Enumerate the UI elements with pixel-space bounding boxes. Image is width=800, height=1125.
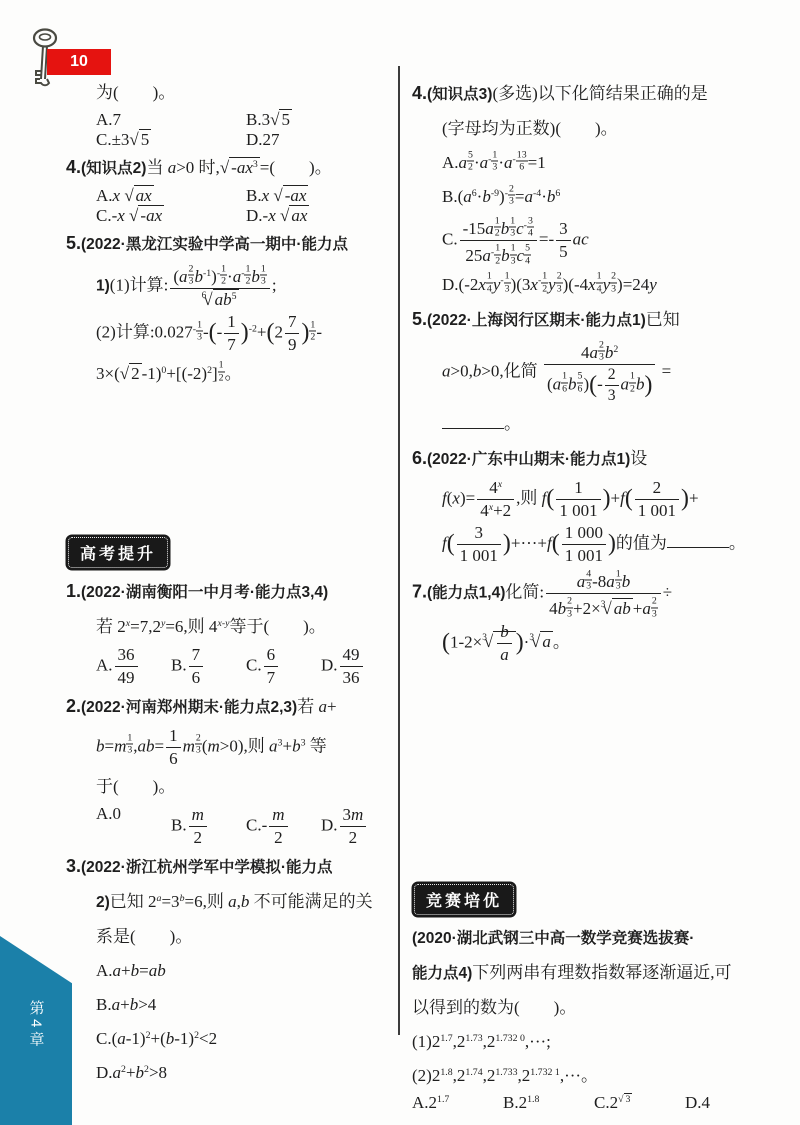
option-c: C.-15a12b13c-3425a-12b13c54=-35ac [442,214,776,268]
series-2: (2)21.8,21.74,21.733,21.732 1,···。 [412,1059,776,1093]
question-text: (字母均为正数)( )。 [442,112,776,146]
option-d: D.(-2x14y-13)(3x-12y23)(-4x14y23)=24y [442,268,776,302]
question-text: (1-2×3√ba)·3√a。 [442,621,776,666]
page-number-badge: 10 [47,49,111,75]
options-row: C.±3√5 D.27 [96,130,396,150]
question-text: 1.(2022·湖南衡阳一中月考·能力点3,4) [66,574,396,610]
option-a: A.21.7 [412,1093,503,1113]
question-5-left: 5.(2022·黑龙江实验中学高一期中·能力点 1)(1)计算:(a23b-1)… [66,226,396,391]
option-b: B.21.8 [503,1093,594,1113]
option-d: D.27 [246,130,396,150]
answer-blank: 。 [442,407,776,441]
question-text: 5.(2022·上海闵行区期末·能力点1)已知 [412,302,776,338]
option-d: D.3m2 [321,804,396,849]
option-c: C.-x √-ax [96,206,246,226]
options-row: A.x √ax B.x √-ax [96,186,396,206]
option-b: B.m2 [171,804,246,849]
page-number: 10 [70,53,88,71]
question-4-right: 4.(知识点3)(多选)以下化简结果正确的是 (字母均为正数)( )。 A.a5… [412,76,776,302]
section-badge-jingsai: 竞赛培优 [414,884,514,915]
question-text: 1)(1)计算:(a23b-1)-12·a-12b136√ab5; [96,262,396,311]
question-6-right: 6.(2022·广东中山期末·能力点1)设 f(x)=4x4x+2,则 f(11… [412,441,776,567]
question-text: 6.(2022·广东中山期末·能力点1)设 [412,441,776,477]
question-2-gaokao: 2.(2022·河南郑州期末·能力点2,3)若 a+ b=m13,ab=16m2… [66,689,396,849]
section-gaokao: 高考提升 [66,531,396,574]
question-text: f(x)=4x4x+2,则 f(11 001)+f(21 001)+ [442,477,776,522]
question-text: 2)已知 2a=3b=6,则 a,b 不可能满足的关 [96,885,396,920]
question-text: f(31 001)+···+f(1 0001 001)的值为。 [442,522,776,567]
right-column: 4.(知识点3)(多选)以下化简结果正确的是 (字母均为正数)( )。 A.a5… [412,76,776,1113]
question-text: (2020·湖北武钢三中高一数学竞赛选拔赛· [412,921,776,956]
option-b: B.76 [171,644,246,689]
question-text: b=m13,ab=16m23(m>0),则 a3+b3 等 [96,725,396,770]
question-competition: (2020·湖北武钢三中高一数学竞赛选拔赛· 能力点4)下列两串有理数指数幂逐渐… [412,921,776,1113]
question-continuation: 为( )。 A.7 B.3√5 C.±3√5 D.27 [66,76,396,150]
option-a: A.7 [96,110,246,130]
options-row: A.7 B.3√5 [96,110,396,130]
question-7-right: 7.(能力点1,4)化简:a43-8a13b4b23+2×3√ab+a23÷ (… [412,567,776,666]
workbook-page: 10 第4章 为( )。 A.7 B.3√5 C.±3√5 D.27 4.(知识… [0,0,800,1125]
option-b: B.x √-ax [246,186,396,206]
column-divider [398,66,400,1035]
question-text: 3.(2022·浙江杭州学军中学模拟·能力点 [66,849,396,885]
question-text: 7.(能力点1,4)化简:a43-8a13b4b23+2×3√ab+a23÷ [412,567,776,621]
question-text: 4.(知识点2)当 a>0 时,√-ax3=( )。 [66,150,396,186]
left-column: 为( )。 A.7 B.3√5 C.±3√5 D.27 4.(知识点2)当 a>… [66,76,396,1090]
options-row: C.-x √-ax D.-x √ax [96,206,396,226]
option-c: C.±3√5 [96,130,246,150]
option-d: D.4936 [321,644,396,689]
option-c: C.(a-1)2+(b-1)2<2 [96,1022,396,1056]
section-jingsai: 竞赛培优 [412,878,776,921]
question-3-gaokao: 3.(2022·浙江杭州学军中学模拟·能力点 2)已知 2a=3b=6,则 a,… [66,849,396,1090]
option-a: A.0 [96,804,171,849]
option-a: A.a52·a-13·a-136=1 [442,146,776,180]
question-text: 能力点4)下列两串有理数指数幂逐渐逼近,可 [412,956,776,991]
options-row: A.3649 B.76 C.67 D.4936 [96,644,396,689]
section-badge-gaokao: 高考提升 [68,537,168,568]
question-1-gaokao: 1.(2022·湖南衡阳一中月考·能力点3,4) 若 2x=7,2y=6,则 4… [66,574,396,689]
question-4-left: 4.(知识点2)当 a>0 时,√-ax3=( )。 A.x √ax B.x √… [66,150,396,226]
question-text: 5.(2022·黑龙江实验中学高一期中·能力点 [66,226,396,262]
chapter-tab: 第4章 [0,936,72,1125]
option-b: B.3√5 [246,110,396,130]
option-c: C.-m2 [246,804,321,849]
question-text: 于( )。 [96,770,396,804]
series-1: (1)21.7,21.73,21.732 0,···; [412,1025,776,1059]
question-text: 3×(√2-1)0+[(-2)2]12。 [96,357,396,391]
option-a: A.a+b=ab [96,954,396,988]
chapter-tab-label: 第4章 [26,1000,47,1125]
option-a: A.x √ax [96,186,246,206]
question-5-right: 5.(2022·上海闵行区期末·能力点1)已知 a>0,b>0,化简 4a23b… [412,302,776,441]
options-row: A.0 B.m2 C.-m2 D.3m2 [96,804,396,849]
option-b: B.a+b>4 [96,988,396,1022]
question-text: 以得到的数为( )。 [412,991,776,1025]
question-text: a>0,b>0,化简 4a23b2(a16b56)(-23a12b) = [442,338,776,407]
option-d: D.a2+b2>8 [96,1056,396,1090]
question-text: 为( )。 [96,76,396,110]
question-text: 若 2x=7,2y=6,则 4x-y等于( )。 [96,610,396,644]
option-c: C.2√3 [594,1093,685,1113]
question-text: 系是( )。 [96,920,396,954]
option-d: D.-x √ax [246,206,396,226]
question-text: 2.(2022·河南郑州期末·能力点2,3)若 a+ [66,689,396,725]
question-text: 4.(知识点3)(多选)以下化简结果正确的是 [412,76,776,112]
question-text: (2)计算:0.027-13-(-17)-2+(279)12- [96,311,396,356]
option-c: C.67 [246,644,321,689]
options-row: A.21.7 B.21.8 C.2√3 D.4 [412,1093,776,1113]
option-b: B.(a6·b-9)-23=a-4·b6 [442,180,776,214]
option-a: A.3649 [96,644,171,689]
option-d: D.4 [685,1093,776,1113]
